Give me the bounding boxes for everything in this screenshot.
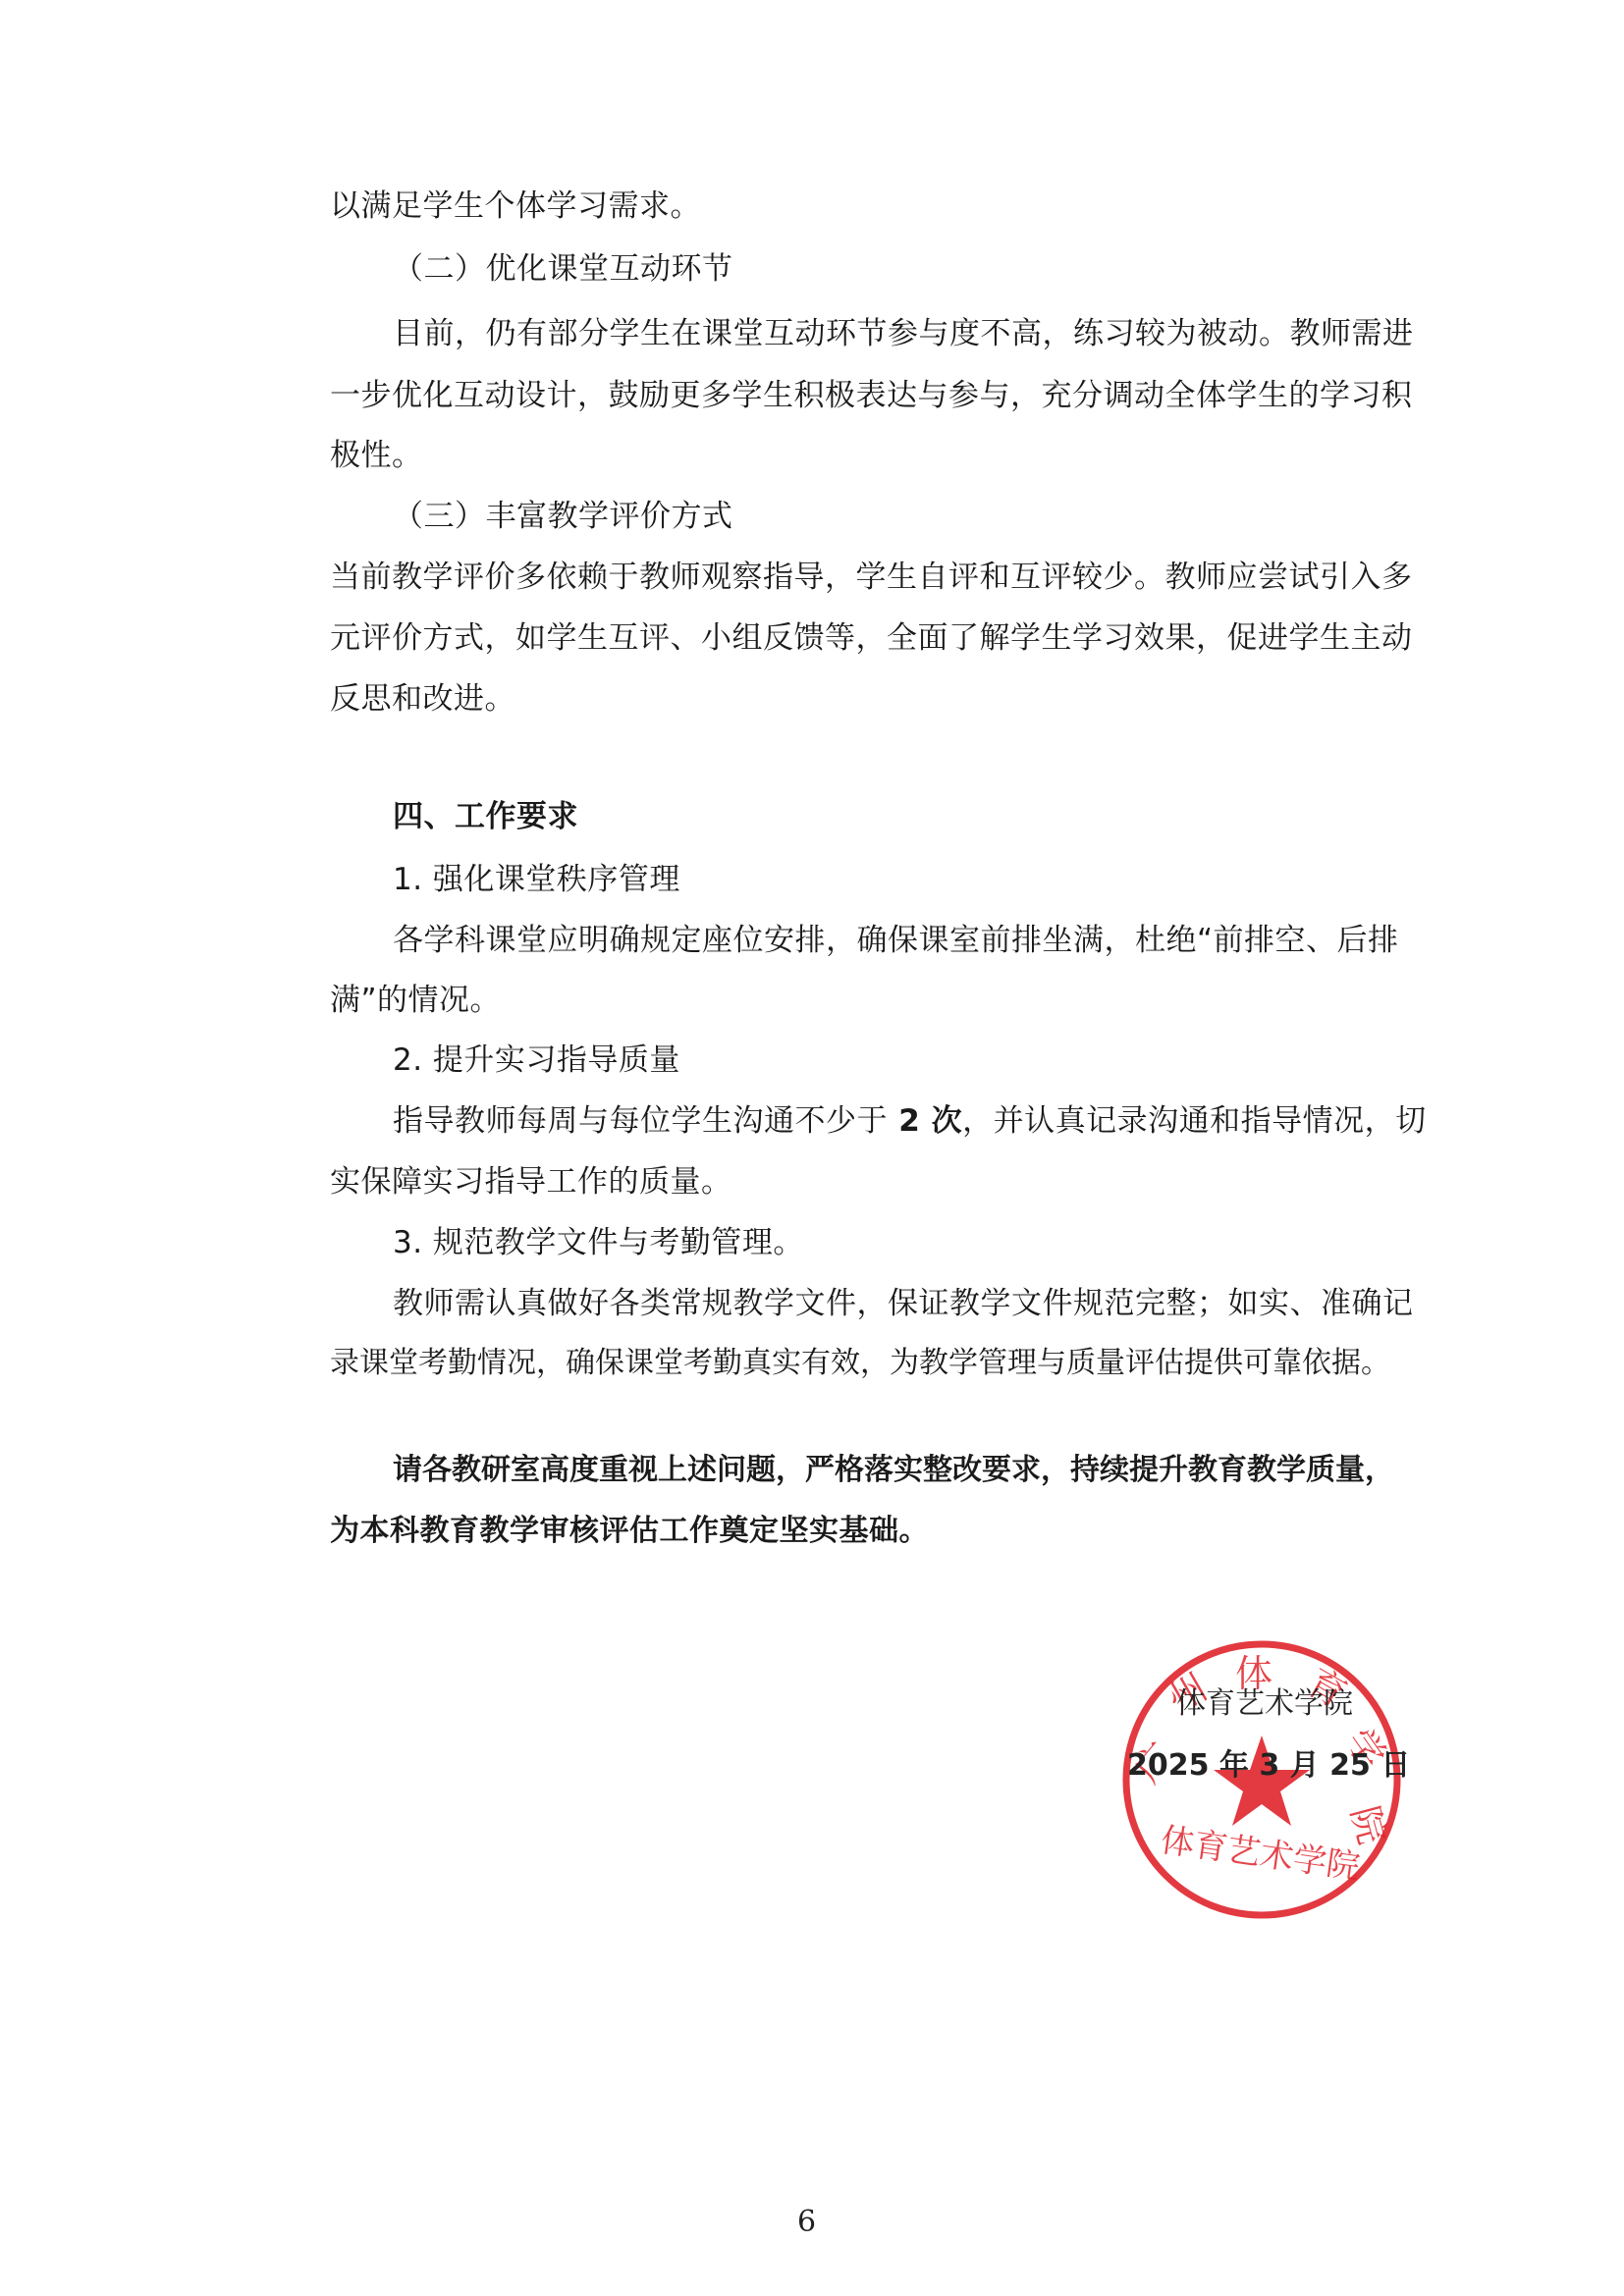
paragraph-line: 一步优化互动设计，鼓励更多学生积极表达与参与，充分调动全体学生的学习积 xyxy=(330,376,1379,415)
subheading-enrich-evaluation: （三）丰富教学评价方式 xyxy=(393,497,733,536)
closing-line: 为本科教育教学审核评估工作奠定坚实基础。 xyxy=(330,1512,929,1551)
signature-date: 2025 年 3 月 25 日 xyxy=(1127,1740,1410,1784)
paragraph-line: 录课堂考勤情况，确保课堂考勤真实有效，为教学管理与质量评估提供可靠依据。 xyxy=(330,1344,1390,1383)
paragraph-line: 元评价方式，如学生互评、小组反馈等，全面了解学生学习效果，促进学生主动 xyxy=(330,618,1379,658)
emphasized-count: 2 次 xyxy=(888,1103,962,1139)
page-number: 6 xyxy=(797,2205,816,2239)
signature-organization: 体育艺术学院 xyxy=(1176,1679,1353,1722)
paragraph-line: 满”的情况。 xyxy=(330,981,501,1020)
paragraph-line: 极性。 xyxy=(330,436,423,475)
closing-line: 请各教研室高度重视上述问题，严格落实整改要求，持续提升教育教学质量， xyxy=(393,1451,1394,1490)
paragraph-line: 各学科课堂应明确规定座位安排，确保课室前排坐满，杜绝“前排空、后排 xyxy=(393,921,1379,960)
text-segment: 指导教师每周与每位学生沟通不少于 xyxy=(393,1103,888,1139)
paragraph-line: 实保障实习指导工作的质量。 xyxy=(330,1162,732,1201)
paragraph-line: 教师需认真做好各类常规教学文件，保证教学文件规范完整；如实、准确记 xyxy=(393,1284,1379,1323)
document-page: 以满足学生个体学习需求。 （二）优化课堂互动环节 目前，仍有部分学生在课堂互动环… xyxy=(0,0,1624,2296)
svg-text:院: 院 xyxy=(1343,1801,1394,1848)
text-segment: ，并认真记录沟通和指导情况，切 xyxy=(962,1103,1427,1139)
paragraph-line: 目前，仍有部分学生在课堂互动环节参与度不高，练习较为被动。教师需进 xyxy=(393,314,1379,353)
item-title-classroom-order: 1. 强化课堂秩序管理 xyxy=(393,860,680,899)
svg-text:体育艺术学院: 体育艺术学院 xyxy=(1159,1821,1363,1888)
section-heading-work-requirements: 四、工作要求 xyxy=(393,797,578,836)
paragraph-line-with-number: 指导教师每周与每位学生沟通不少于 2 次，并认真记录沟通和指导情况，切 xyxy=(393,1101,1427,1141)
paragraph-line: 当前教学评价多依赖于教师观察指导，学生自评和互评较少。教师应尝试引入多 xyxy=(330,558,1379,597)
paragraph-line: 反思和改进。 xyxy=(330,679,515,719)
item-title-documents-attendance: 3. 规范教学文件与考勤管理。 xyxy=(393,1223,804,1262)
subheading-optimize-interaction: （二）优化课堂互动环节 xyxy=(393,249,733,289)
continuation-text: 以满足学生个体学习需求。 xyxy=(330,187,701,226)
item-title-internship-guidance: 2. 提升实习指导质量 xyxy=(393,1041,680,1080)
